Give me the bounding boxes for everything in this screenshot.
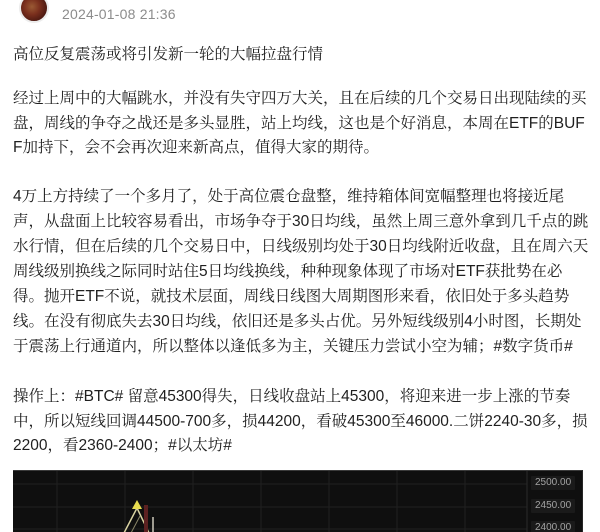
hashtag-digital-currency[interactable]: #数字货币# — [494, 338, 573, 355]
apex-marker-icon — [132, 500, 142, 509]
paragraph-2-text: 4万上方持续了一个多月了，处于高位震仓盘整，维持箱体间宽幅整理也将接近尾声，从盘… — [13, 188, 588, 355]
post-title: 高位反复震荡或将引发新一轮的大幅拉盘行情 — [13, 44, 590, 66]
hashtag-btc[interactable]: #BTC# — [75, 388, 123, 405]
paragraph-3-text-a: 操作上： — [13, 388, 75, 405]
y-axis-tick-label: 2400.00 — [531, 521, 575, 532]
post-paragraph-3: 操作上：#BTC# 留意45300得失，日线收盘站上45300，将迎来进一步上涨… — [13, 385, 591, 459]
post-paragraph-2: 4万上方持续了一个多月了，处于高位震仓盘整，维持箱体间宽幅整理也将接近尾声，从盘… — [13, 184, 591, 359]
down-candle — [144, 505, 148, 532]
y-axis-tick-label: 2500.00 — [531, 476, 575, 490]
y-axis-tick-label: 2450.00 — [531, 499, 575, 513]
post-paragraph-1: 经过上周中的大幅跳水，并没有失守四万大关，且在后续的几个交易日出现陆续的买盘，周… — [13, 87, 591, 161]
chart-canvas — [13, 471, 582, 532]
avatar[interactable] — [19, 0, 49, 23]
eth-candlestick-chart[interactable]: 2500.00 2450.00 2400.00 — [13, 470, 583, 532]
post-timestamp: 2024-01-08 21:36 — [62, 6, 176, 22]
post-page: 2024-01-08 21:36 高位反复震荡或将引发新一轮的大幅拉盘行情 经过… — [0, 0, 600, 532]
hashtag-eth[interactable]: #以太坊# — [168, 437, 232, 454]
